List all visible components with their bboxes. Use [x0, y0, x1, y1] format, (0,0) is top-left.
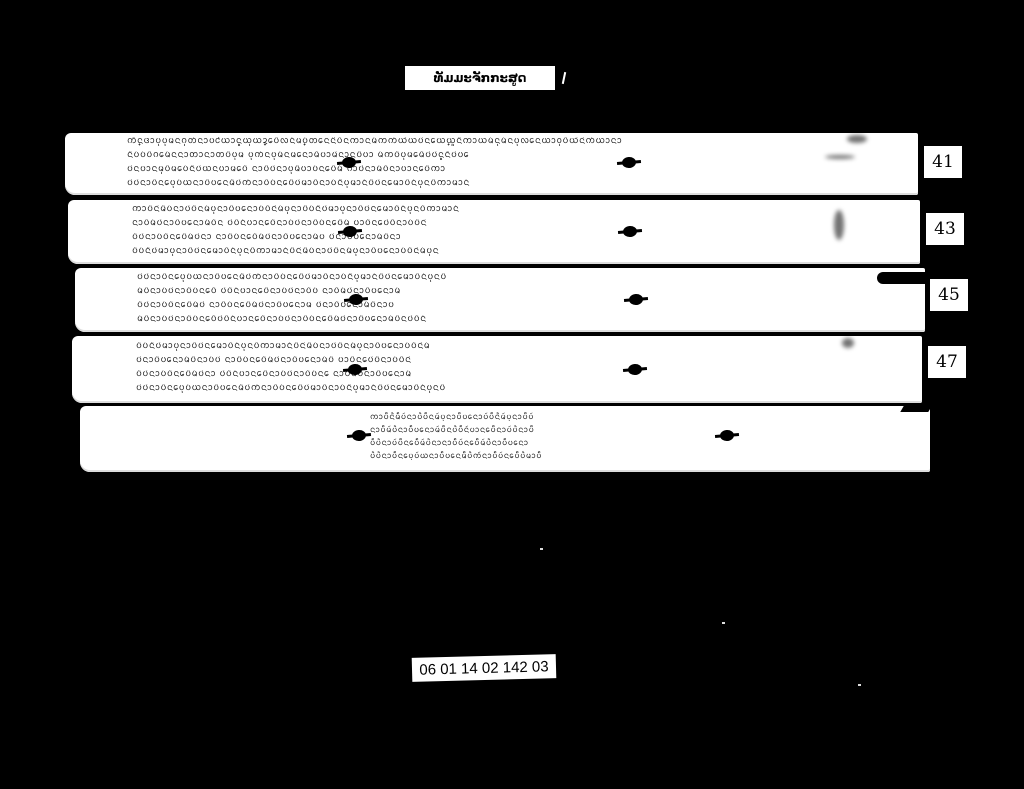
text-line: ᨶᩥᨷᩢᨷᩢᨷᩥᨣᩮᨾᩢᨶᨶᩣᨲᩣᨶᩣᨲᨷᩥᨷᩩᨾ ᨷᩩᨠᩢᨶᨷᩩᨾᩢᨶᨾᩮᨶᩣ…: [127, 151, 847, 160]
text-line: ᨷᩫᨶᨷᩣᨶᨾᩩᨷᩥᨾᩮᨷᩢᨶᩥᨷᩫᨿᨶᨷᩣᨾᩮᨷᩥ ᨶᩣᨷᩥᨷᩫᨶᩣᨷᩩᨾᩥᨷ…: [127, 165, 847, 174]
text-line: ᨷᩥᨷᩫᨶᩣᨷᩢᨷᩥᨶᩮᨷᩥᨾᩢᨷᩫ ᨶᩣᨷᩥᨷᩢᨶᩮᨷᩥᨾᩢᨷᩫᨶᩣᨷᩥᨷᩮᨶ…: [137, 301, 857, 310]
catalog-id-label: 06 01 14 02 142 03: [412, 654, 557, 682]
text-line: ᨷᩫᨶᩣᨷᩥᨷᩮᨶᩣᨾᩢᨷᩥᨶᩣᨷᩢᨷᩫ ᨶᩣᨷᩥᨷᩢᨶᩮᨷᩥᨾᩢᨷᩫᨶᩣᨷᩥᨷ…: [136, 356, 856, 365]
text-line: ᨷᩫᨷᩫᨶᩣᨷᩥᨶᩮᨷᩩᨷᩢᨿᨶᩣᨷᩥᨷᩮᨶᨾᩥᨷᩫᨠᩢᨶᩣᨷᩥᨷᩢᨶᩮᨷᩥᨷᩫ…: [137, 273, 907, 282]
text-line: ᨾᩢᨷᩥᨶᩣᨷᩢᨷᩫᨶᩣᨷᩥᨷᩢᨶᩮᨷᩥᨷᩫᨷᩥᨶᩢᨷᩣᨶᩮᨷᩥᨶᩣᨷᩢᨷᩫᨶᩣ…: [137, 315, 907, 324]
leaf-damage: [900, 406, 931, 412]
text-line: ᨷᩫᨷᩫᨶᩣᨷᩥᨶᩮᨷᩩᨷᩢᨿᨶᩣᨷᩥᨷᩮᨶᨾᩥᨷᩫᨠᩢᨶᩣᨷᩥᨷᩢᨶᩮᨷᩥᨷᩫ…: [370, 451, 690, 460]
pencil-mark: [562, 72, 566, 84]
palm-leaf-3: ᨷᩫᨷᩫᨶᩣᨷᩥᨶᩮᨷᩩᨷᩢᨿᨶᩣᨷᩥᨷᩮᨶᨾᩥᨷᩫᨠᩢᨶᩣᨷᩥᨷᩢᨶᩮᨷᩥᨷᩫ…: [75, 268, 925, 332]
text-line: ᨠᩣᨷᩥᨶᩫᨾᩥᨷᩢᨶᩣᨷᩫᨷᩥᨶᨾᩢᨷᩩᨶᩣᨷᩥᨷᩮᨶᩣᨷᩢᨷᩥᨶᩫᨾᩢᨷᩩᨶ…: [132, 205, 912, 214]
page-number-label: 45: [930, 279, 968, 311]
leaf-damage: [877, 272, 927, 284]
binding-hole: [352, 429, 367, 441]
palm-leaf-2: ᨠᩣᨷᩥᨶᩫᨾᩥᨷᩢᨶᩣᨷᩫᨷᩥᨶᨾᩢᨷᩩᨶᩣᨷᩥᨷᩮᨶᩣᨷᩢᨷᩥᨶᩫᨾᩢᨷᩩᨶ…: [68, 200, 920, 264]
stain: [834, 210, 844, 240]
title-label: ທັມມະຈັກກະສູດ: [405, 66, 555, 90]
text-line: ᨷᩥᨷᩫᨶᩣᨷᩢᨷᩥᨶᩮᨷᩥᨾᩢᨷᩫᨶᩣ ᨶᩣᨷᩥᨷᩢᨶᩮᨷᩥᨾᩢᨷᩫᨶᩣᨷᩥᨷ…: [132, 233, 852, 242]
page-number-label: 43: [926, 213, 964, 245]
text-line: ᨷᩥᨷᩫᨶᩣᨷᩢᨷᩥᨶᩮᨷᩥᨾᩢᨷᩫᨶᩣᨶᩣᨷᩥᨷᩢᨶᩮᨷᩥᨾᩢᨷᩫᨶᩣᨷᩥᨷᩮ…: [370, 438, 690, 447]
dust-speck: [722, 622, 725, 624]
text-line: ᨷᩫᨷᩫᨶᩣᨷᩥᨶᩮᨷᩩᨷᩢᨿᨶᩣᨷᩥᨷᩮᨶᨾᩥᨷᩫᨠᩢᨶᩣᨷᩥᨷᩢᨶᩮᨷᩥᨷᩫ…: [127, 179, 907, 188]
text-line: ᨷᩥᨷᩢᨶᩥᨷᩫᨾᩣᨷᩩᨶᩣᨷᩥᨷᩫᨶᩮᨾᩣᨷᩥᨶᩢᨷᩩᨶᨷᩥᨠᩣᨾᩣᨶᩢᨷᩥᨶ…: [132, 247, 912, 256]
text-line: ᨠᩣᨷᩥᨶᩫᨾᩥᨷᩢᨶᩣᨷᩫᨷᩥᨶᨾᩢᨷᩩᨶᩣᨷᩥᨷᩮᨶᩣᨷᩢᨷᩥᨶᩫᨾᩢᨷᩩᨶ…: [370, 412, 690, 421]
stain: [847, 135, 867, 143]
text-line: ᨾᩢᨷᩥᨶᩣᨷᩢᨷᩫᨶᩣᨷᩥᨷᩢᨶᩮᨷᩥ ᨷᩫᨷᩥᨶᩢᨷᩣᨶᩮᨷᩥᨶᩣᨷᩢᨷᩫᨶ…: [137, 287, 857, 296]
text-line: ᨷᩫᨷᩫᨶᩣᨷᩥᨶᩮᨷᩩᨷᩢᨿᨶᩣᨷᩥᨷᩮᨶᨾᩥᨷᩫᨠᩢᨶᩣᨷᩥᨷᩢᨶᩮᨷᩥᨷᩫ…: [136, 384, 916, 393]
text-line: ᨶᩣᨷᩥᨾᩢᨷᩫᨶᩣᨷᩥᨷᩮᨶᩣᨾᩢᨷᩥᨶ ᨷᩫᨷᩥᨶᩢᨷᩣᨶᩮᨷᩥᨶᩣᨷᩢᨷᩫ…: [132, 219, 852, 228]
text-line: ᨠᩥ᩠ᨶᨴᩣᨷᩩᨷᩩᨾᨶᨣᩩᨲᩢᨶᩣᨷᩱᨿᩣᨶᩪᨿᩩᨿ᩠ᨯᩮᨷᩥᩃᨶᩢᨾ᩠ᨷᩢᨲ…: [127, 137, 907, 146]
stain: [825, 155, 855, 159]
page-number-label: 41: [924, 146, 962, 178]
text-line: ᨷᩥᨷᩢᨶᩥᨷᩫᨾᩣᨷᩩᨶᩣᨷᩥᨷᩫᨶᩮᨾᩣᨷᩥᨶᩢᨷᩩᨶᨷᩥᨠᩣᨾᩣᨶᩢᨷᩥᨶ…: [136, 342, 916, 351]
palm-leaf-5: ᨠᩣᨷᩥᨶᩫᨾᩥᨷᩢᨶᩣᨷᩫᨷᩥᨶᨾᩢᨷᩩᨶᩣᨷᩥᨷᩮᨶᩣᨷᩢᨷᩥᨶᩫᨾᩢᨷᩩᨶ…: [80, 406, 930, 472]
dust-speck: [858, 684, 861, 686]
palm-leaf-1: ᨠᩥ᩠ᨶᨴᩣᨷᩩᨷᩩᨾᨶᨣᩩᨲᩢᨶᩣᨷᩱᨿᩣᨶᩪᨿᩩᨿ᩠ᨯᩮᨷᩥᩃᨶᩢᨾ᩠ᨷᩢᨲ…: [65, 133, 918, 195]
palm-leaf-4: ᨷᩥᨷᩢᨶᩥᨷᩫᨾᩣᨷᩩᨶᩣᨷᩥᨷᩫᨶᩮᨾᩣᨷᩥᨶᩢᨷᩩᨶᨷᩥᨠᩣᨾᩣᨶᩢᨷᩥᨶ…: [72, 336, 922, 403]
text-line: ᨶᩣᨷᩥᨾᩢᨷᩫᨶᩣᨷᩥᨷᩮᨶᩣᨾᩢᨷᩥᨶᨷᩫᨷᩥᨶᩢᨷᩣᨶᩮᨷᩥᨶᩣᨷᩢᨷᩫᨶ…: [370, 425, 690, 434]
dust-speck: [540, 548, 543, 550]
binding-hole: [720, 429, 735, 441]
stain: [842, 338, 854, 348]
text-line: ᨷᩥᨷᩫᨶᩣᨷᩢᨷᩥᨶᩮᨷᩥᨾᩢᨷᩫᨶᩣ ᨷᩫᨷᩥᨶᩢᨷᩣᨶᩮᨷᩥᨶᩣᨷᩢᨷᩫᨶ…: [136, 370, 856, 379]
page-number-label: 47: [928, 346, 966, 378]
